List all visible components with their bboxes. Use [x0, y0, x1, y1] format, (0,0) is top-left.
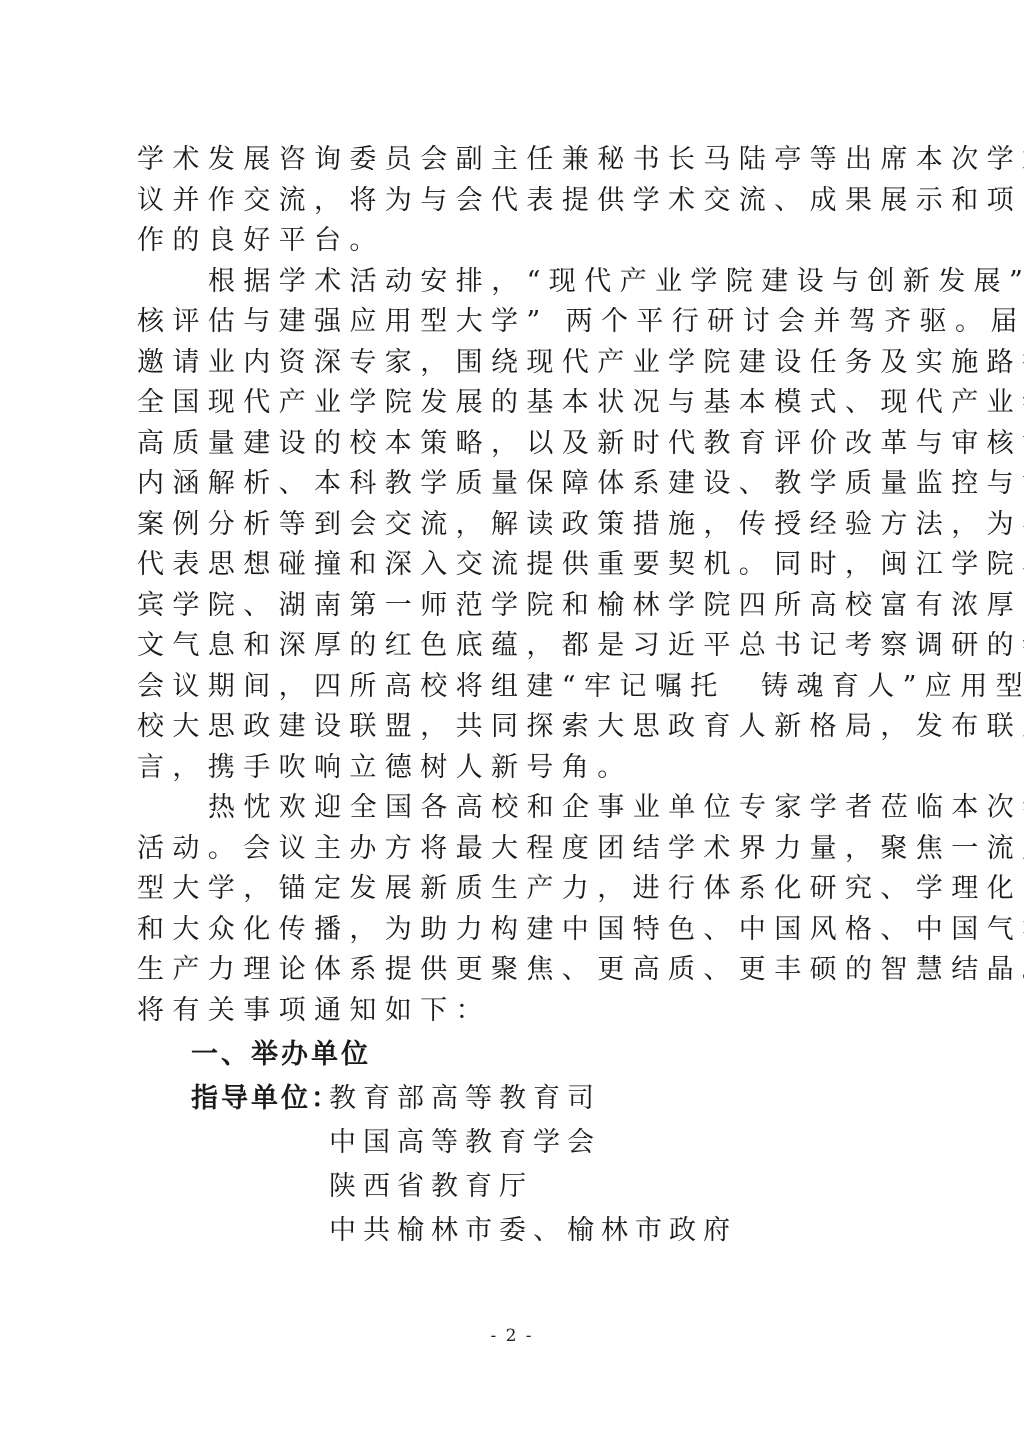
paragraph-3: 热忱欢迎全国各高校和企事业单位专家学者莅临本次学术 活动。会议主办方将最大程度团… [137, 788, 887, 1031]
text-line: 言，携手吹响立德树人新号角。 [137, 748, 887, 789]
org-name: 教育部高等教育司 [329, 1077, 601, 1121]
text-line: 作的良好平台。 [137, 221, 887, 262]
text-line: 校大思政建设联盟，共同探索大思政育人新格局，发布联盟宣 [137, 707, 887, 748]
org-name: 陕西省教育厅 [329, 1165, 533, 1209]
text-line: 宾学院、湖南第一师范学院和榆林学院四所高校富有浓厚的人 [137, 586, 887, 627]
org-row: 中国高等教育学会 [137, 1121, 887, 1165]
document-page: 学术发展咨询委员会副主任兼秘书长马陆亭等出席本次学术会 议并作交流，将为与会代表… [137, 140, 887, 1253]
text-line: 内涵解析、本科教学质量保障体系建设、教学质量监控与评价 [137, 464, 887, 505]
guiding-units-label: 指导单位： [137, 1077, 329, 1121]
text-line: 活动。会议主办方将最大程度团结学术界力量，聚焦一流应用 [137, 829, 887, 870]
text-line: 根据学术活动安排，“现代产业学院建设与创新发展”和“审 [137, 262, 887, 303]
text-line: 全国现代产业学院发展的基本状况与基本模式、现代产业学院 [137, 383, 887, 424]
text-line: 代表思想碰撞和深入交流提供重要契机。同时，闽江学院、宜 [137, 545, 887, 586]
org-name: 中国高等教育学会 [329, 1121, 601, 1165]
text-line: 文气息和深厚的红色底蕴，都是习近平总书记考察调研的学校。 [137, 626, 887, 667]
org-label-spacer [137, 1121, 329, 1165]
org-label-spacer [137, 1209, 329, 1253]
section-heading: 一、举办单位 [137, 1033, 887, 1077]
text-line: 核评估与建强应用型大学” 两个平行研讨会并驾齐驱。届时将 [137, 302, 887, 343]
org-row: 中共榆林市委、榆林市政府 [137, 1209, 887, 1253]
org-name: 中共榆林市委、榆林市政府 [329, 1209, 737, 1253]
text-line: 学术发展咨询委员会副主任兼秘书长马陆亭等出席本次学术会 [137, 140, 887, 181]
page-number: - 2 - [0, 1326, 1024, 1346]
org-label-spacer [137, 1165, 329, 1209]
text-line: 邀请业内资深专家，围绕现代产业学院建设任务及实施路径、 [137, 343, 887, 384]
text-line: 将有关事项通知如下： [137, 991, 887, 1032]
org-row: 指导单位： 教育部高等教育司 [137, 1077, 887, 1121]
text-line: 高质量建设的校本策略，以及新时代教育评价改革与审核评估 [137, 424, 887, 465]
text-line: 热忱欢迎全国各高校和企事业单位专家学者莅临本次学术 [137, 788, 887, 829]
guiding-units: 指导单位： 教育部高等教育司 中国高等教育学会 陕西省教育厅 中共榆林市委、榆林… [137, 1077, 887, 1253]
text-line: 型大学，锚定发展新质生产力，进行体系化研究、学理化阐释 [137, 869, 887, 910]
text-line: 会议期间，四所高校将组建“牢记嘱托 铸魂育人”应用型高 [137, 667, 887, 708]
text-line: 和大众化传播，为助力构建中国特色、中国风格、中国气派的 [137, 910, 887, 951]
paragraph-2: 根据学术活动安排，“现代产业学院建设与创新发展”和“审 核评估与建强应用型大学”… [137, 262, 887, 789]
text-line: 案例分析等到会交流，解读政策措施，传授经验方法，为与会 [137, 505, 887, 546]
text-line: 议并作交流，将为与会代表提供学术交流、成果展示和项目合 [137, 181, 887, 222]
org-row: 陕西省教育厅 [137, 1165, 887, 1209]
text-line: 生产力理论体系提供更聚焦、更高质、更丰硕的智慧结晶。现 [137, 950, 887, 991]
paragraph-1: 学术发展咨询委员会副主任兼秘书长马陆亭等出席本次学术会 议并作交流，将为与会代表… [137, 140, 887, 262]
